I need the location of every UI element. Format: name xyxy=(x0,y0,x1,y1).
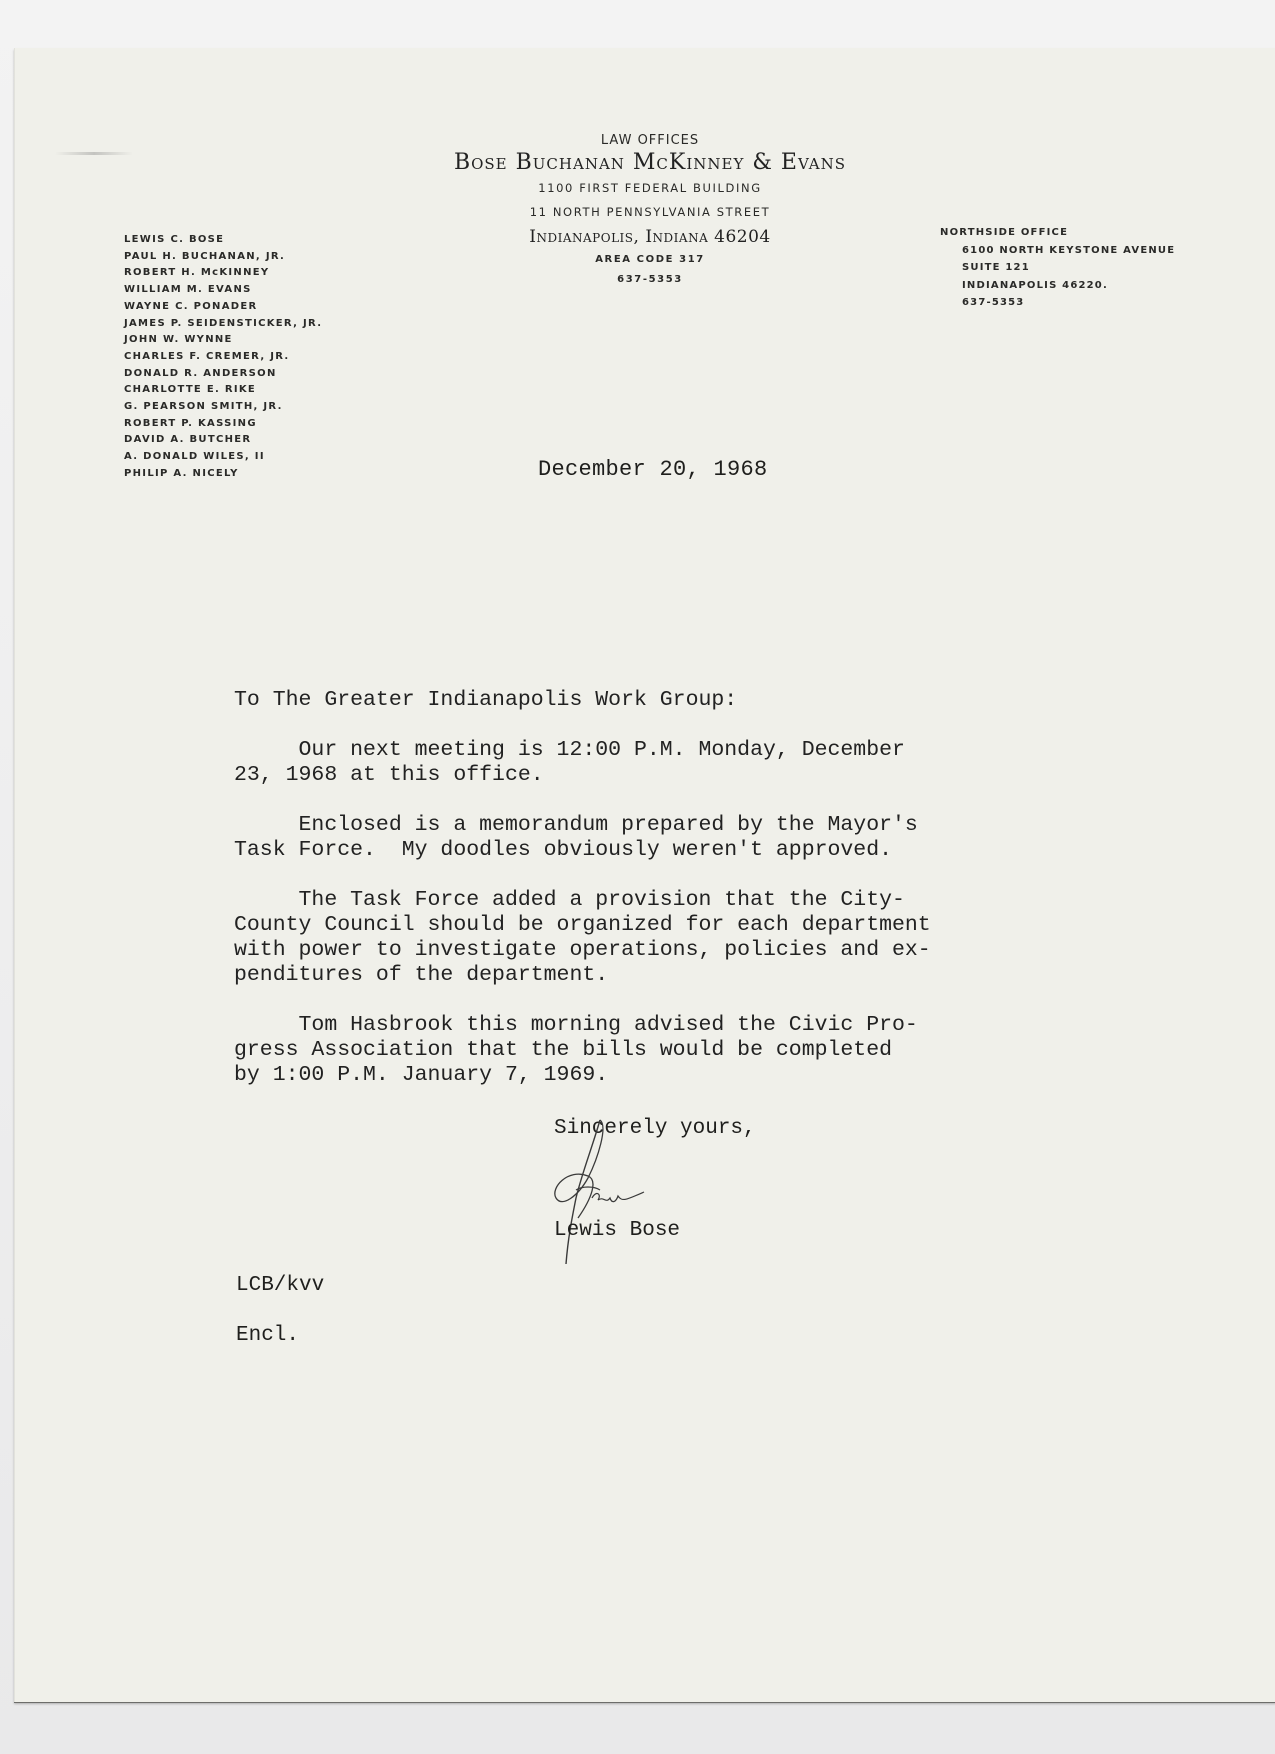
partner-name: WAYNE C. PONADER xyxy=(124,299,364,316)
partner-name: PHILIP A. NICELY xyxy=(124,466,364,483)
handwritten-signature xyxy=(548,1118,688,1268)
northside-label: NORTHSIDE OFFICE xyxy=(940,224,1240,242)
paper-mark xyxy=(55,152,133,155)
address-line-2: 11 NORTH PENNSYLVANIA STREET xyxy=(380,200,920,224)
signer-name: Lewis Bose xyxy=(554,1219,680,1242)
salutation: To The Greater Indianapolis Work Group: xyxy=(234,688,1094,713)
letterhead: LAW OFFICES Bose Buchanan McKinney & Eva… xyxy=(380,132,920,290)
northside-suite: SUITE 121 xyxy=(940,259,1240,277)
firm-name: Bose Buchanan McKinney & Evans xyxy=(380,150,920,176)
city-state-zip: Indianapolis, Indiana 46204 xyxy=(380,224,920,250)
letterhead-label: LAW OFFICES xyxy=(380,132,920,150)
partner-name: CHARLES F. CREMER, JR. xyxy=(124,349,364,366)
partner-name: A. DONALD WILES, II xyxy=(124,449,364,466)
partner-list: LEWIS C. BOSE PAUL H. BUCHANAN, JR. ROBE… xyxy=(124,232,364,483)
northside-street: 6100 NORTH KEYSTONE AVENUE xyxy=(940,242,1240,260)
paragraph-memorandum: Enclosed is a memorandum prepared by the… xyxy=(234,813,1094,863)
letter-body: To The Greater Indianapolis Work Group: … xyxy=(234,688,1094,1113)
partner-name: LEWIS C. BOSE xyxy=(124,232,364,249)
reference-initials: LCB/kvv xyxy=(236,1274,324,1297)
partner-name: WILLIAM M. EVANS xyxy=(124,282,364,299)
partner-name: JAMES P. SEIDENSTICKER, JR. xyxy=(124,316,364,333)
partner-name: ROBERT P. KASSING xyxy=(124,416,364,433)
paragraph-bills: Tom Hasbrook this morning advised the Ci… xyxy=(234,1013,1094,1088)
northside-office: NORTHSIDE OFFICE 6100 NORTH KEYSTONE AVE… xyxy=(940,224,1240,312)
partner-name: G. PEARSON SMITH, JR. xyxy=(124,399,364,416)
area-code: AREA CODE 317 xyxy=(380,250,920,270)
letter-date: December 20, 1968 xyxy=(538,457,768,482)
enclosure-notation: Encl. xyxy=(236,1324,299,1347)
paragraph-provision: The Task Force added a provision that th… xyxy=(234,888,1094,988)
partner-name: JOHN W. WYNNE xyxy=(124,332,364,349)
phone-number: 637-5353 xyxy=(380,270,920,290)
paragraph-meeting: Our next meeting is 12:00 P.M. Monday, D… xyxy=(234,738,1094,788)
partner-name: CHARLOTTE E. RIKE xyxy=(124,382,364,399)
partner-name: DAVID A. BUTCHER xyxy=(124,432,364,449)
partner-name: PAUL H. BUCHANAN, JR. xyxy=(124,249,364,266)
northside-city-zip: INDIANAPOLIS 46220. xyxy=(940,277,1240,295)
partner-name: ROBERT H. McKINNEY xyxy=(124,265,364,282)
northside-phone: 637-5353 xyxy=(940,294,1240,312)
address-line-1: 1100 FIRST FEDERAL BUILDING xyxy=(380,176,920,200)
partner-name: DONALD R. ANDERSON xyxy=(124,366,364,383)
